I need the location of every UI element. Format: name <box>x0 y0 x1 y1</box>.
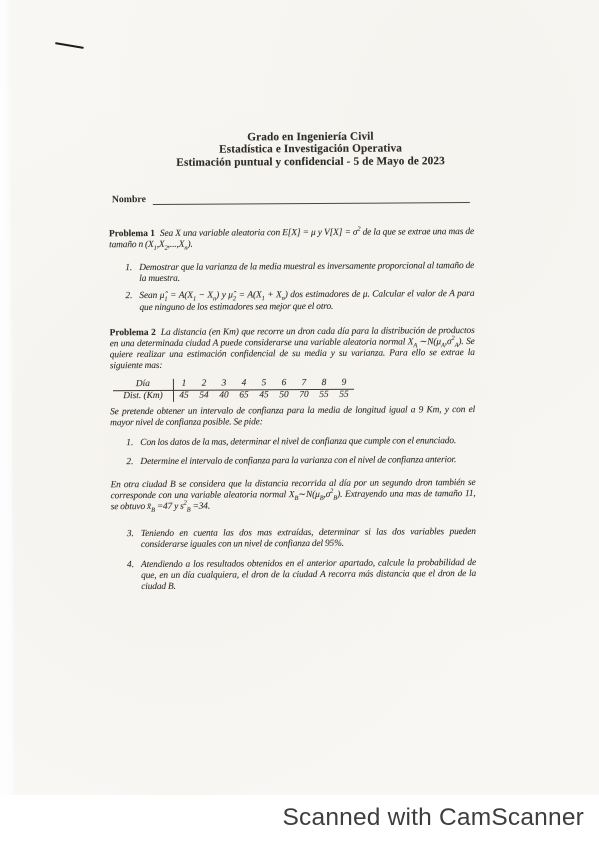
item-text: Atendiendo a los resultados obtenidos en… <box>141 558 476 594</box>
list-item: 1. Con los datos de la mas, determinar e… <box>118 436 475 449</box>
item-text: Determine el intervalo de confianza para… <box>140 455 475 468</box>
item-number: 4. <box>119 560 134 594</box>
item-number: 1. <box>117 263 132 285</box>
name-blank-line <box>153 193 470 205</box>
dist-cell: 45 <box>173 390 194 402</box>
dia-header: Día <box>113 379 174 391</box>
exam-header: Grado en Ingeniería Civil Estadística e … <box>120 0 501 169</box>
name-label: Nombre <box>112 194 146 205</box>
scanned-page: Grado en Ingeniería Civil Estadística e … <box>10 0 599 798</box>
camscanner-strip: Scanned with CamScanner <box>0 795 599 848</box>
item-number: 2. <box>118 457 133 468</box>
dia-cell: 4 <box>234 378 254 390</box>
dia-cell: 6 <box>274 378 294 390</box>
item-text: Sean μ̂1 = A(X1 − Xn) y μ̂2 = A(X1 + Xn)… <box>139 289 474 313</box>
problema2-list-b: 3. Teniendo en cuenta las dos mas extraí… <box>119 527 476 593</box>
item-number: 1. <box>118 438 133 449</box>
city-b-statement: En otra ciudad B se considera que la dis… <box>111 478 476 513</box>
table-row: Dist. (Km) 45 54 40 65 45 50 70 55 55 <box>113 389 354 402</box>
list-item: 3. Teniendo en cuenta las dos mas extraí… <box>119 527 476 552</box>
problema2-statement: Problema 2La distancia (en Km) que recor… <box>110 326 475 372</box>
item-text: Con los datos de la mas, determinar el n… <box>140 436 475 449</box>
problema1-list: 1. Demostrar que la varianza de la media… <box>117 261 474 314</box>
item-text: Demostrar que la varianza de la media mu… <box>139 261 474 285</box>
dia-cell: 5 <box>254 378 274 390</box>
exam-body: Problema 1Sea X una variable aleatoria c… <box>109 227 476 593</box>
confidence-request-text: Se pretende obtener un intervalo de conf… <box>110 405 475 429</box>
dist-cell: 55 <box>334 389 354 401</box>
list-item: 2. Determine el intervalo de confianza p… <box>118 455 475 468</box>
name-row: Nombre <box>112 191 470 205</box>
list-item: 2. Sean μ̂1 = A(X1 − Xn) y μ̂2 = A(X1 + … <box>117 289 474 314</box>
dist-cell: 40 <box>214 390 234 402</box>
dist-header: Dist. (Km) <box>113 390 174 402</box>
dist-cell: 70 <box>294 389 314 401</box>
dia-cell: 1 <box>173 378 194 390</box>
dia-cell: 9 <box>334 377 354 389</box>
dia-cell: 2 <box>194 378 214 390</box>
dia-cell: 3 <box>214 378 234 390</box>
dist-cell: 45 <box>254 389 274 401</box>
pen-mark <box>55 42 84 49</box>
problema1-statement: Problema 1Sea X una variable aleatoria c… <box>109 227 474 251</box>
distance-table: Día 1 2 3 4 5 6 7 8 9 Dist. (Km) 45 54 4… <box>113 377 354 401</box>
exam-title: Estimación puntual y confidencial - 5 de… <box>121 154 501 169</box>
dia-cell: 7 <box>294 378 314 390</box>
dist-cell: 54 <box>194 390 214 402</box>
dist-cell: 65 <box>234 390 254 402</box>
list-item: 1. Demostrar que la varianza de la media… <box>117 261 474 286</box>
dist-cell: 55 <box>314 389 334 401</box>
item-number: 3. <box>119 529 134 551</box>
item-number: 2. <box>117 291 132 313</box>
list-item: 4. Atendiendo a los resultados obtenidos… <box>119 558 476 594</box>
dia-cell: 8 <box>314 378 334 390</box>
camscanner-watermark: Scanned with CamScanner <box>283 804 584 832</box>
item-text: Teniendo en cuenta las dos mas extraídas… <box>141 527 476 551</box>
problema2-list-a: 1. Con los datos de la mas, determinar e… <box>118 436 475 469</box>
dist-cell: 50 <box>274 389 294 401</box>
